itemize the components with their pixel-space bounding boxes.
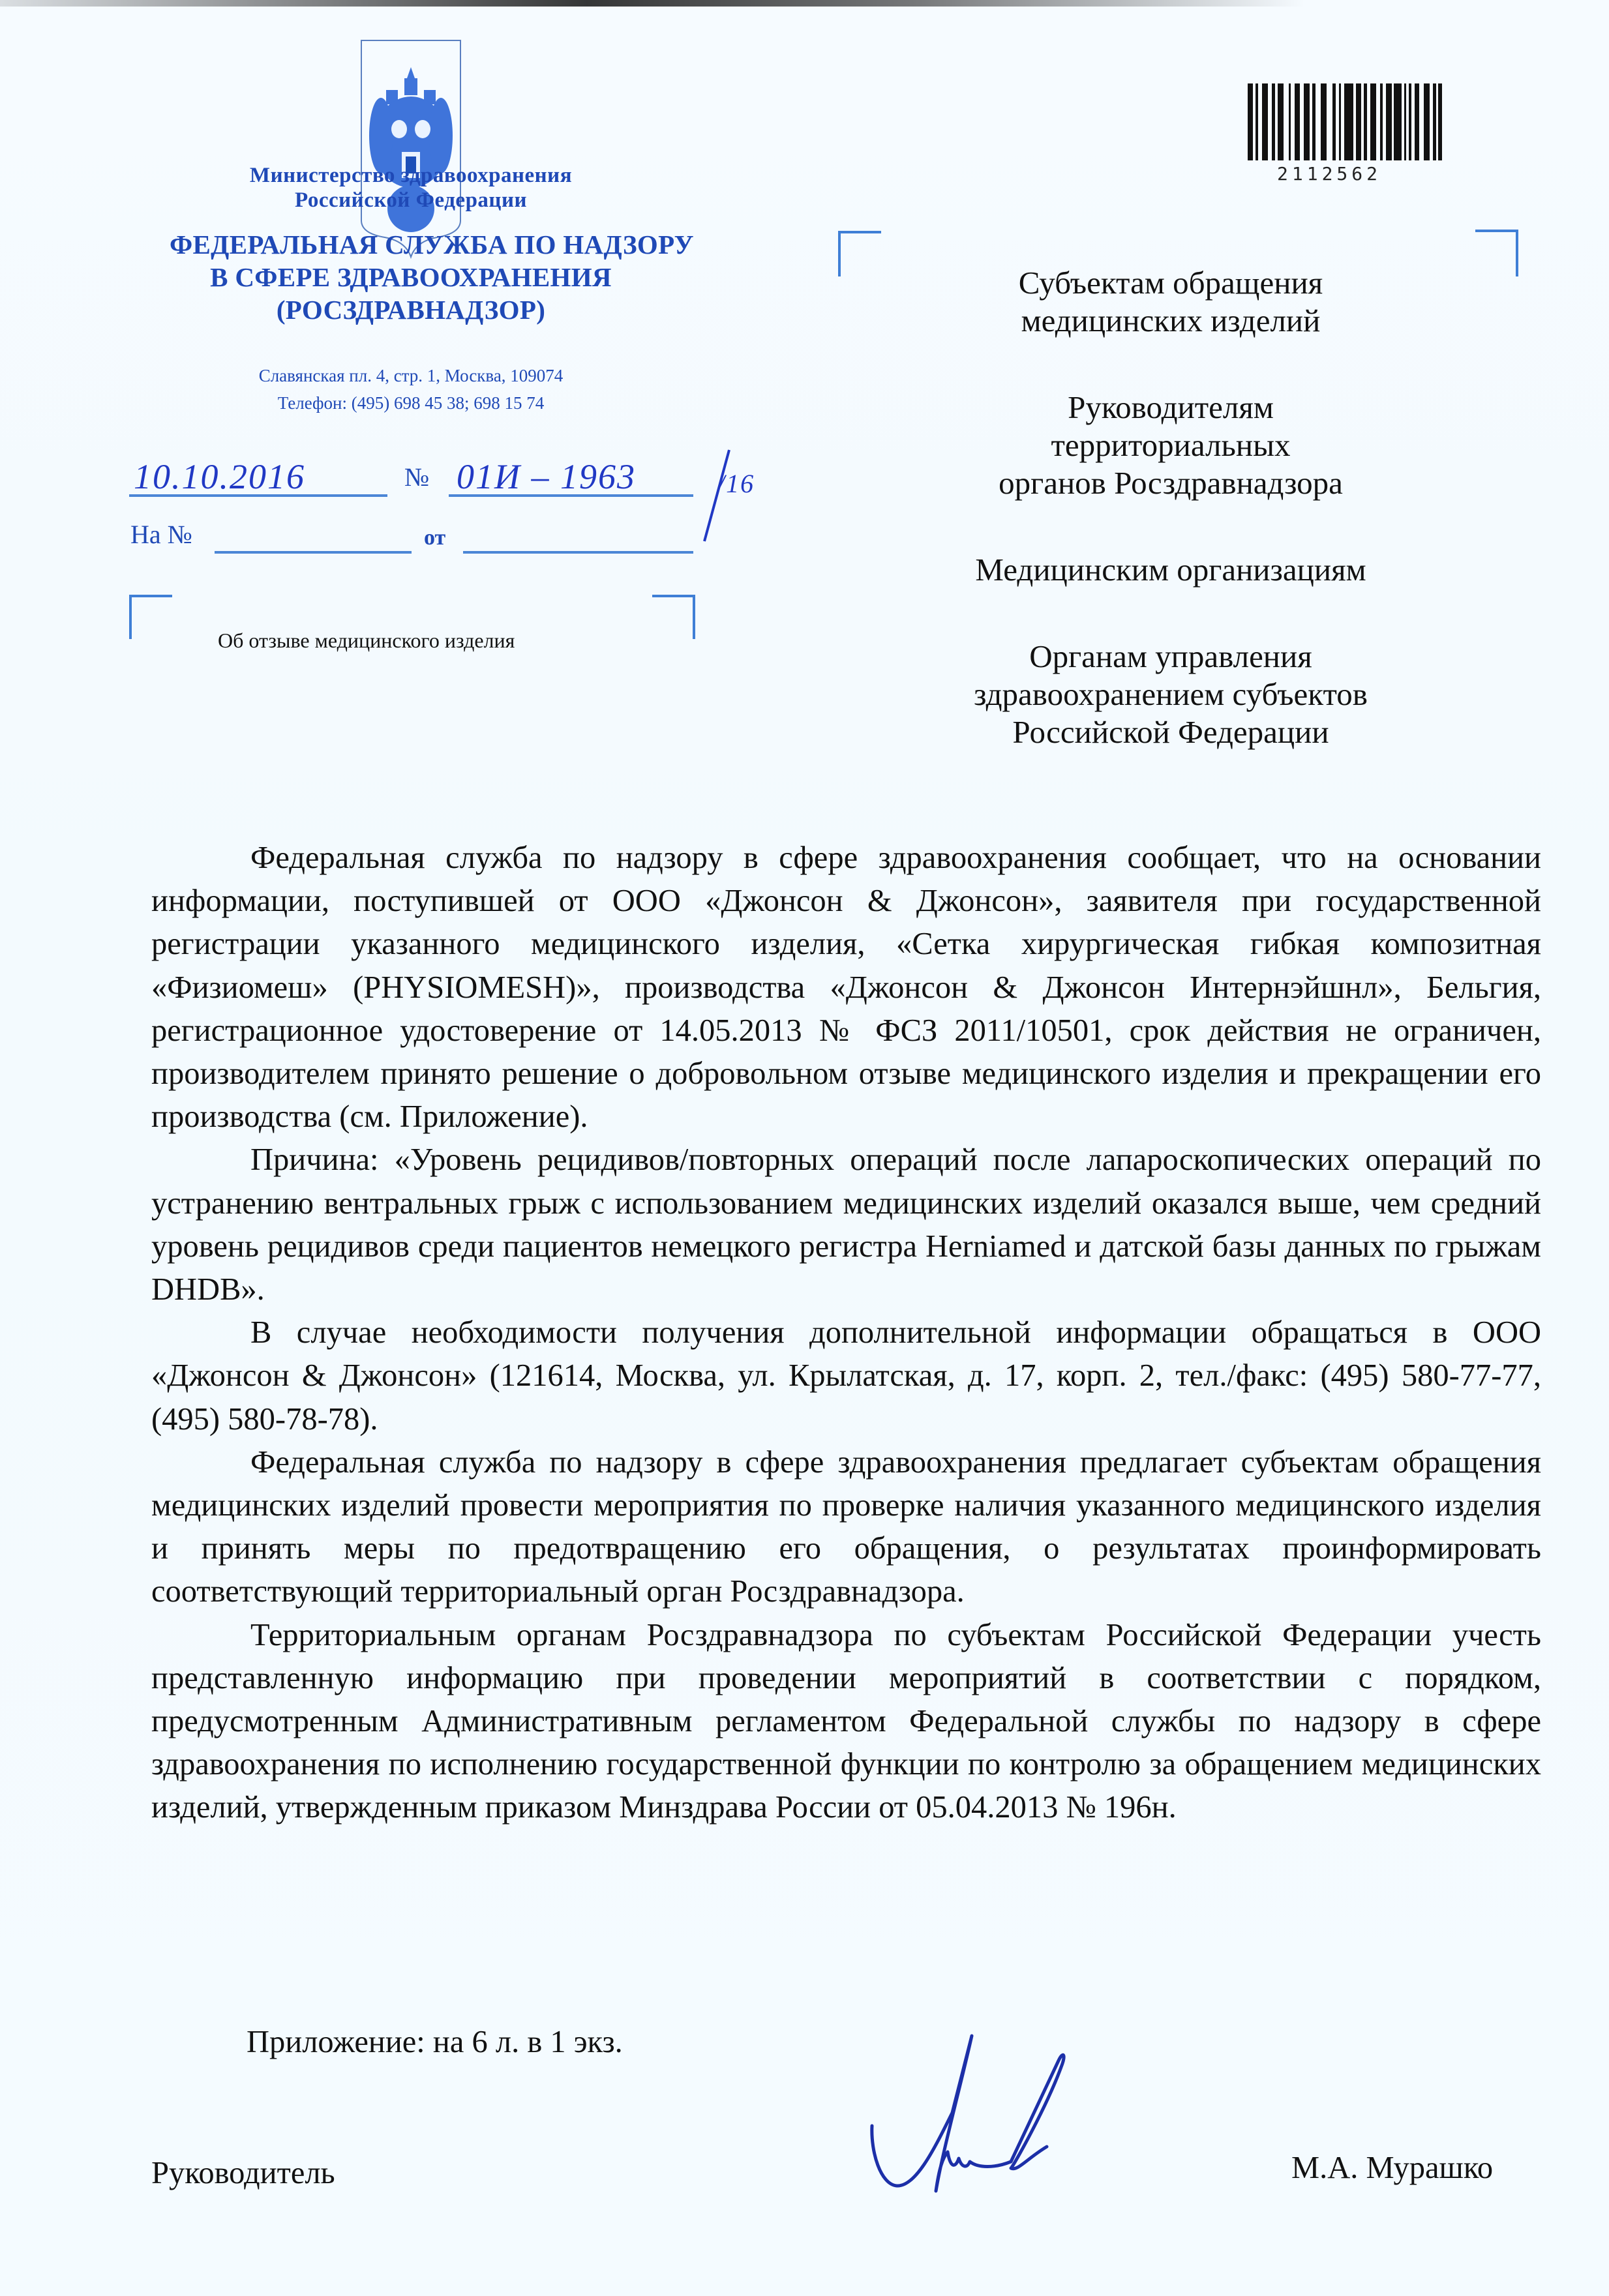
addressee-line: Руководителям (942, 389, 1399, 426)
from-label: от (424, 526, 445, 550)
addressee-group: Медицинским организациям (942, 551, 1399, 589)
addressee-line: медицинских изделий (942, 302, 1399, 340)
letter-body: Федеральная служба по надзору в сфере зд… (151, 837, 1541, 1830)
addressee-line: Органам управления (942, 638, 1399, 676)
address: Славянская пл. 4, стр. 1, Москва, 109074 (170, 362, 652, 389)
contacts: Славянская пл. 4, стр. 1, Москва, 109074… (170, 362, 652, 417)
subject-line: Об отзыве медицинского изделия (218, 629, 515, 653)
addressee-line: Медицинским организациям (942, 551, 1399, 589)
signer-title: Руководитель (151, 2155, 335, 2191)
body-paragraph: Федеральная служба по надзору в сфере зд… (151, 1441, 1541, 1614)
ministry-line-1: Министерство здравоохранения (170, 163, 652, 188)
addressee-bracket-left (838, 231, 881, 276)
addressee-bracket-right (1475, 230, 1518, 276)
signer-name: М.А. Мурашко (1291, 2150, 1493, 2186)
addressee-group: Руководителям территориальных органов Ро… (942, 389, 1399, 502)
ministry-name: Министерство здравоохранения Российской … (170, 163, 652, 213)
phone: Телефон: (495) 698 45 38; 698 15 74 (170, 389, 652, 417)
handwritten-signature-icon (864, 2028, 1125, 2201)
addressee-line: органов Росздравнадзора (942, 464, 1399, 502)
barcode-icon (1248, 83, 1443, 165)
addressee-line: Российской Федерации (942, 713, 1399, 751)
reply-to-label: На № (130, 519, 192, 550)
registration-date: 10.10.2016 (134, 456, 305, 497)
addressee-group: Субъектам обращения медицинских изделий (942, 264, 1399, 340)
appendix-note: Приложение: на 6 л. в 1 экз. (247, 2024, 623, 2060)
barcode-number: 2112562 (1277, 163, 1381, 185)
subject-bracket-right (652, 595, 695, 639)
addressee-line: здравоохранением субъектов (942, 676, 1399, 713)
registration-number-suffix: /16 (717, 468, 755, 499)
registration-number: 01И – 1963 (457, 456, 636, 497)
body-paragraph: Федеральная служба по надзору в сфере зд… (151, 837, 1541, 1139)
ministry-line-2: Российской Федерации (170, 188, 652, 213)
number-underline (449, 494, 693, 497)
reply-to-field[interactable] (215, 551, 412, 554)
body-paragraph: В случае необходимости получения дополни… (151, 1311, 1541, 1441)
addressee-block: Субъектам обращения медицинских изделий … (942, 264, 1399, 800)
addressee-line: территориальных (942, 426, 1399, 464)
service-line-3: (РОСЗДРАВНАДЗОР) (170, 293, 652, 326)
from-date-field[interactable] (463, 551, 693, 554)
number-sign: № (404, 462, 429, 492)
body-paragraph: Территориальным органам Росздравнадзора … (151, 1614, 1541, 1830)
service-line-1: ФЕДЕРАЛЬНАЯ СЛУЖБА ПО НАДЗОРУ (170, 228, 652, 261)
addressee-line: Субъектам обращения (942, 264, 1399, 302)
service-line-2: В СФЕРЕ ЗДРАВООХРАНЕНИЯ (170, 261, 652, 293)
body-paragraph: Причина: «Уровень рецидивов/повторных оп… (151, 1139, 1541, 1311)
service-name: ФЕДЕРАЛЬНАЯ СЛУЖБА ПО НАДЗОРУ В СФЕРЕ ЗД… (170, 228, 652, 326)
date-underline (129, 494, 387, 497)
subject-bracket-left (129, 595, 172, 639)
addressee-group: Органам управления здравоохранением субъ… (942, 638, 1399, 751)
scan-edge (0, 0, 1304, 7)
